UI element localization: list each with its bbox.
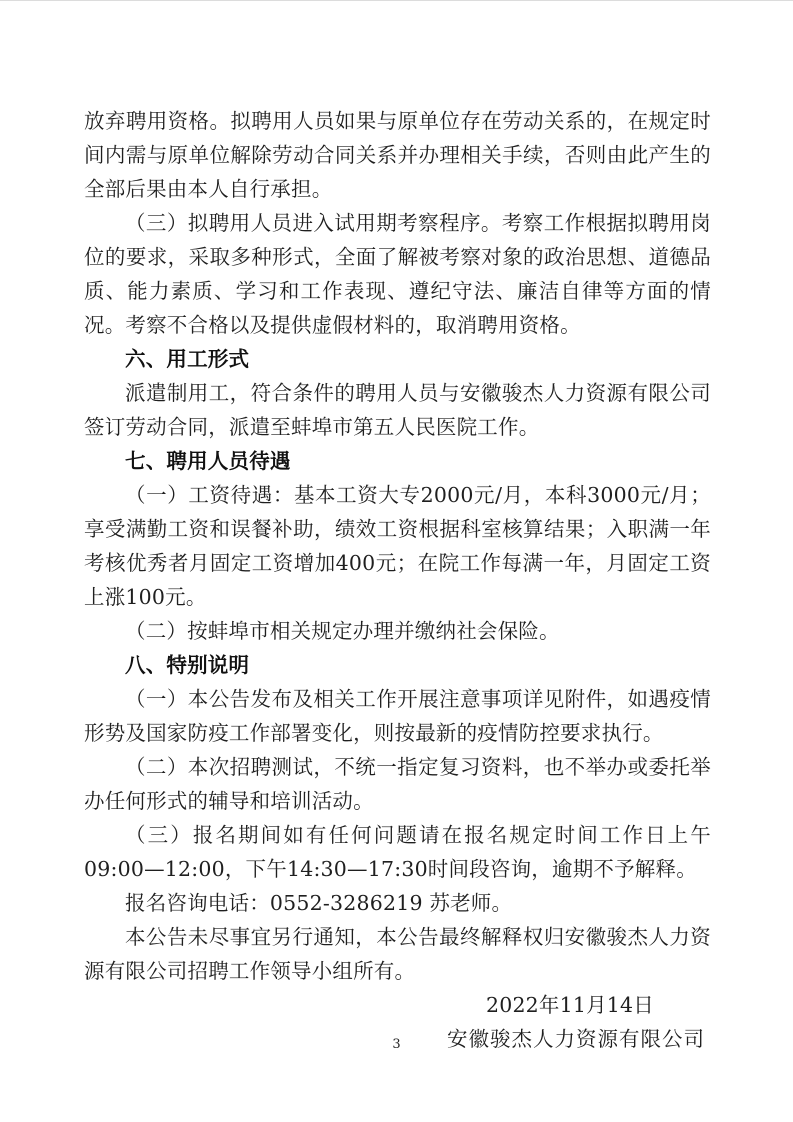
section-heading-salary-benefits: 七、聘用人员待遇 (84, 444, 711, 478)
paragraph-consultation-hours: （三）报名期间如有任何问题请在报名规定时间工作日上午09:00—12:00，下午… (84, 818, 711, 886)
section-heading-employment-form: 六、用工形式 (84, 342, 711, 376)
paragraph-dispatch-employment: 派遣制用工，符合条件的聘用人员与安徽骏杰人力资源有限公司签订劳动合同，派遣至蚌埠… (84, 376, 711, 444)
paragraph-no-training: （二）本次招聘测试，不统一指定复习资料，也不举办或委托举办任何形式的辅导和培训活… (84, 750, 711, 818)
paragraph-final-interpretation: 本公告未尽事宜另行通知，本公告最终解释权归安徽骏杰人力资源有限公司招聘工作领导小… (84, 920, 711, 988)
paragraph-epidemic-notice: （一）本公告发布及相关工作开展注意事项详见附件，如遇疫情形势及国家防疫工作部署变… (84, 682, 711, 750)
paragraph-contact-phone: 报名咨询电话：0552-3286219 苏老师。 (84, 886, 711, 920)
page-number: 3 (0, 1037, 793, 1052)
paragraph-social-insurance: （二）按蚌埠市相关规定办理并缴纳社会保险。 (84, 614, 711, 648)
paragraph-continuation: 放弃聘用资格。拟聘用人员如果与原单位存在劳动关系的，在规定时间内需与原单位解除劳… (84, 104, 711, 206)
document-page: 放弃聘用资格。拟聘用人员如果与原单位存在劳动关系的，在规定时间内需与原单位解除劳… (0, 0, 793, 1122)
paragraph-salary-details: （一）工资待遇：基本工资大专2000元/月，本科3000元/月；享受满勤工资和误… (84, 478, 711, 614)
section-heading-special-notes: 八、特别说明 (84, 648, 711, 682)
document-body: 放弃聘用资格。拟聘用人员如果与原单位存在劳动关系的，在规定时间内需与原单位解除劳… (84, 104, 711, 1056)
paragraph-inspection-procedure: （三）拟聘用人员进入试用期考察程序。考察工作根据拟聘用岗位的要求，采取多种形式，… (84, 206, 711, 342)
date-line: 2022年11月14日 (84, 988, 711, 1022)
